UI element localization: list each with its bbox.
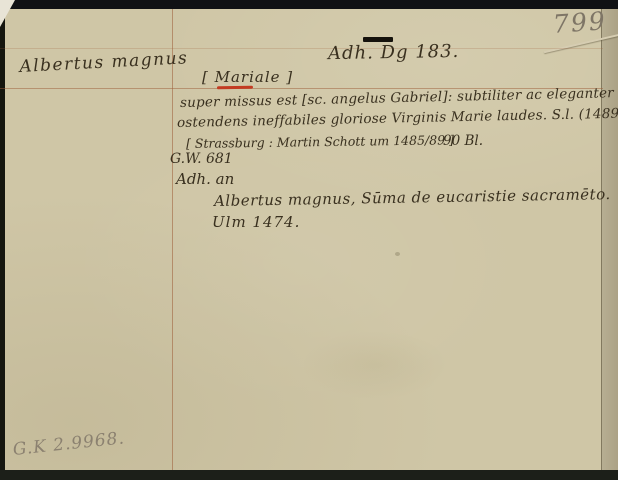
scan-top-edge	[0, 0, 618, 9]
catalog-card-scan: 799 Adh. Dg 183. Albertus magnus [ Maria…	[0, 0, 618, 480]
card-right-edge-shadow	[601, 0, 618, 480]
imprint-note: [ Strassburg : Martin Schott um 1485/89 …	[186, 132, 454, 151]
scan-bottom-edge	[0, 470, 618, 480]
scan-left-edge	[0, 0, 5, 480]
author-heading: Albertus magnus	[19, 48, 189, 77]
shelfmark: Adh. Dg 183.	[328, 41, 460, 64]
bibliography-reference: G.W. 681	[170, 151, 233, 167]
vertical-rule-line	[172, 9, 173, 470]
ink-speck	[395, 252, 400, 256]
bound-with-entry: Albertus magnus, Sūma de eucaristie sacr…	[214, 185, 611, 210]
paper-stain	[300, 330, 450, 400]
accession-number-pencil: G.K 2.9968.	[12, 428, 126, 460]
extent-note: 90 Bl.	[443, 133, 483, 149]
red-underline	[217, 86, 253, 90]
bound-with-imprint: Ulm 1474.	[212, 213, 300, 231]
horizontal-rule-top	[0, 48, 603, 49]
uniform-title: [ Mariale ]	[202, 68, 293, 86]
page-number-pencil: 799	[552, 6, 608, 39]
bound-with-label: Adh. an	[176, 170, 234, 188]
